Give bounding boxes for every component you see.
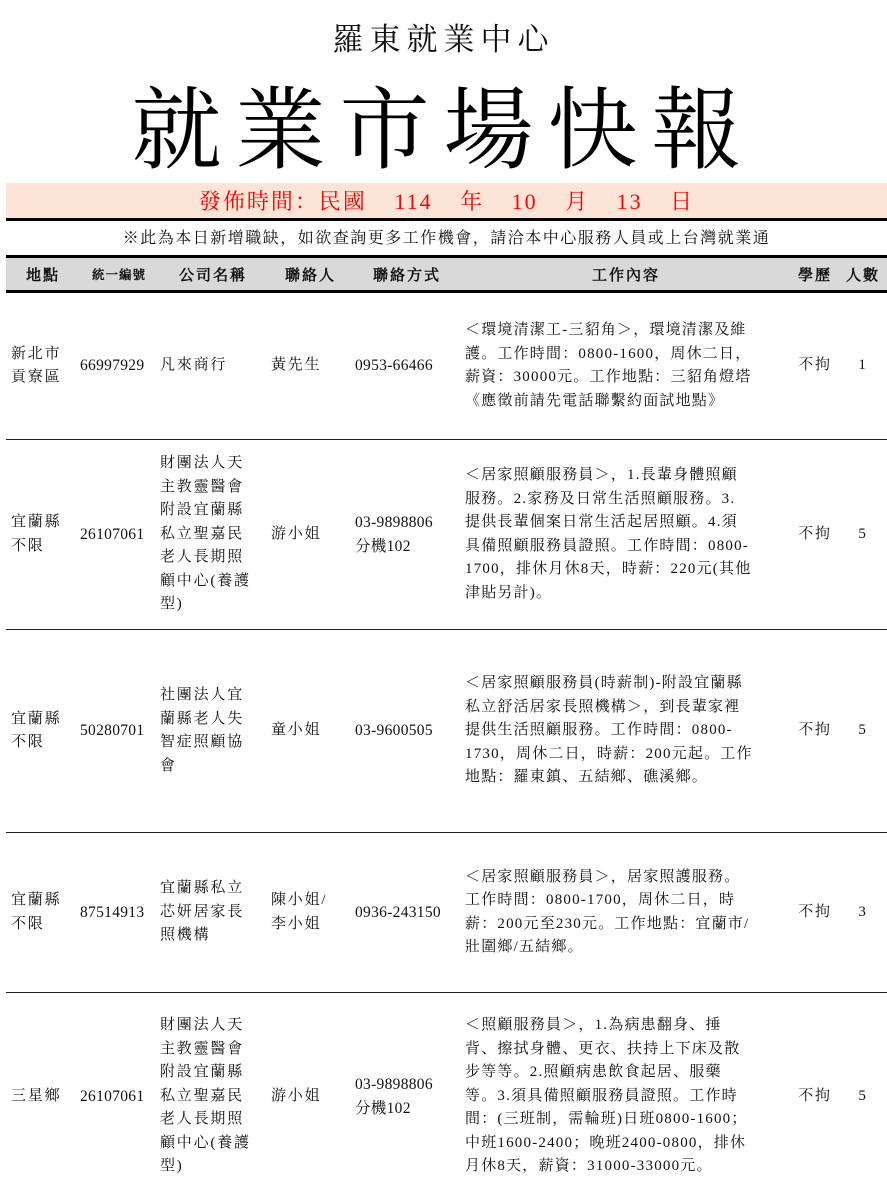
publish-day: 13 [617, 183, 643, 220]
company-cell: 財團法人天 主教靈醫會 附設宜蘭縣 私立聖嘉民 老人長期照 顧中心(養護 型) [158, 452, 268, 617]
phone-cell: 0936-243150 [353, 901, 461, 925]
center-name: 羅東就業中心 [0, 18, 887, 62]
headcount-cell: 5 [839, 523, 887, 547]
education-cell: 不拘 [791, 523, 839, 547]
tax-id-cell: 26107061 [80, 523, 158, 547]
table-row: 宜蘭縣 不限 26107061 財團法人天 主教靈醫會 附設宜蘭縣 私立聖嘉民 … [6, 440, 887, 630]
column-header-job: 工作內容 [461, 264, 791, 285]
education-cell: 不拘 [791, 1085, 839, 1109]
column-header-phone: 聯絡方式 [353, 264, 461, 285]
table-row: 宜蘭縣 不限 50280701 社團法人宜 蘭縣老人失 智症照顧協 會 童小姐 … [6, 630, 887, 833]
table-header: 地點 統一編號 公司名稱 聯絡人 聯絡方式 工作內容 學歷 人數 [6, 258, 887, 290]
company-cell: 財團法人天 主教靈醫會 附設宜蘭縣 私立聖嘉民 老人長期照 顧中心(養護 型) [158, 1014, 268, 1179]
location-cell: 三星鄉 [6, 1085, 80, 1109]
company-cell: 社團法人宜 蘭縣老人失 智症照顧協 會 [158, 684, 268, 778]
table-row: 三星鄉 26107061 財團法人天 主教靈醫會 附設宜蘭縣 私立聖嘉民 老人長… [6, 993, 887, 1200]
column-header-contact: 聯絡人 [268, 264, 353, 285]
divider [6, 218, 887, 221]
education-cell: 不拘 [791, 901, 839, 925]
year-unit: 年 [460, 183, 484, 220]
phone-cell: 03-9898806 分機102 [353, 511, 461, 558]
tax-id-cell: 66997929 [80, 354, 158, 378]
job-description-cell: ＜居家照顧服務員＞，居家照護服務。 工作時間：0800-1700，周休二日，時 … [461, 866, 791, 960]
contact-cell: 游小姐 [268, 523, 353, 547]
job-description-cell: ＜環境清潔工-三貂角＞，環境清潔及維 護。工作時間：0800-1600，周休二日… [461, 319, 791, 413]
location-cell: 宜蘭縣 不限 [6, 889, 80, 936]
column-header-headcount: 人數 [839, 264, 887, 285]
company-cell: 凡來商行 [158, 354, 268, 378]
education-cell: 不拘 [791, 354, 839, 378]
company-cell: 宜蘭縣私立 芯妍居家長 照機構 [158, 877, 268, 948]
day-unit: 日 [670, 183, 694, 220]
phone-cell: 03-9898806 分機102 [353, 1073, 461, 1120]
job-description-cell: ＜居家照顧服務員(時薪制)-附設宜蘭縣 私立舒活居家長照機構＞，到長輩家裡 提供… [461, 672, 791, 790]
tax-id-cell: 87514913 [80, 901, 158, 925]
publish-date-banner: 發佈時間：民國 114 年 10 月 13 日 [6, 183, 887, 218]
tax-id-cell: 50280701 [80, 719, 158, 743]
contact-cell: 陳小姐/ 李小姐 [268, 889, 353, 936]
page-title: 就業市場快報 [0, 80, 887, 184]
headcount-cell: 5 [839, 1085, 887, 1109]
job-description-cell: ＜居家照顧服務員＞，1.長輩身體照顧 服務。2.家務及日常生活照顧服務。3. 提… [461, 464, 791, 605]
location-cell: 宜蘭縣 不限 [6, 511, 80, 558]
phone-cell: 0953-66466 [353, 354, 461, 378]
headcount-cell: 1 [839, 354, 887, 378]
contact-cell: 童小姐 [268, 719, 353, 743]
location-cell: 宜蘭縣 不限 [6, 708, 80, 755]
location-cell: 新北市 貢寮區 [6, 343, 80, 390]
column-header-company: 公司名稱 [158, 264, 268, 285]
table-row: 新北市 貢寮區 66997929 凡來商行 黃先生 0953-66466 ＜環境… [6, 293, 887, 440]
headcount-cell: 3 [839, 901, 887, 925]
notice-text: ※此為本日新增職缺，如欲查詢更多工作機會，請洽本中心服務人員或上台灣就業通 [6, 226, 887, 252]
job-table-body: 新北市 貢寮區 66997929 凡來商行 黃先生 0953-66466 ＜環境… [6, 293, 887, 1200]
column-header-tax-id: 統一編號 [80, 265, 158, 283]
month-unit: 月 [565, 183, 589, 220]
publish-year: 114 [394, 183, 432, 220]
contact-cell: 游小姐 [268, 1085, 353, 1109]
publish-month: 10 [512, 183, 538, 220]
table-row: 宜蘭縣 不限 87514913 宜蘭縣私立 芯妍居家長 照機構 陳小姐/ 李小姐… [6, 833, 887, 993]
education-cell: 不拘 [791, 719, 839, 743]
tax-id-cell: 26107061 [80, 1085, 158, 1109]
column-header-location: 地點 [6, 264, 80, 285]
headcount-cell: 5 [839, 719, 887, 743]
job-description-cell: ＜照顧服務員＞，1.為病患翻身、捶 背、擦拭身體、更衣、扶持上下床及散 步等等。… [461, 1014, 791, 1179]
phone-cell: 03-9600505 [353, 719, 461, 743]
publish-date-label: 發佈時間：民國 [199, 183, 367, 220]
contact-cell: 黃先生 [268, 354, 353, 378]
column-header-education: 學歷 [791, 264, 839, 285]
